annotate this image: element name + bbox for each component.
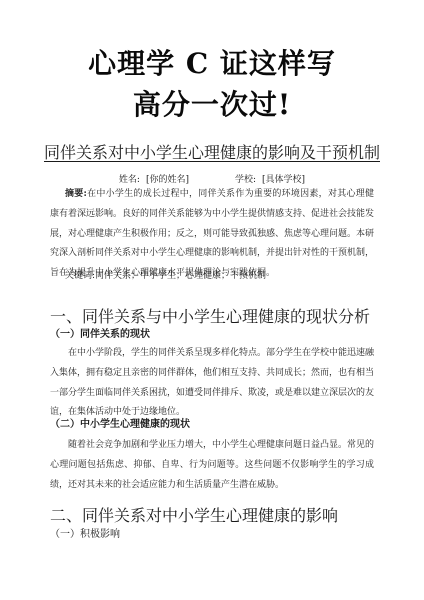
subsection-2-1-heading: （一）积极影响: [50, 527, 120, 543]
name-value: [你的姓名]: [146, 175, 189, 185]
keywords: 关键词:同伴关系；中小学生；心理健康；干预机制: [50, 267, 374, 287]
abstract-label: 摘要:: [65, 189, 87, 199]
subsection-1-1-heading: （一）同伴关系的现状: [50, 327, 150, 343]
name-label: 姓名:: [119, 175, 140, 185]
subsection-1-2-heading: （二）中小学生心理健康的现状: [50, 417, 190, 433]
document-title: 同伴关系对中小学生心理健康的影响及干预机制: [0, 142, 424, 164]
section-1-heading: 一、同伴关系与中小学生心理健康的现状分析: [50, 306, 370, 328]
abstract-text: 在中小学生的成长过程中，同伴关系作为重要的环境因素，对其心理健康有着深远影响。良…: [50, 189, 374, 278]
section-2-heading: 二、同伴关系对中小学生心理健康的影响: [50, 505, 338, 527]
school-value: [具体学校]: [262, 175, 305, 185]
subsection-1-1-text: 在中小学阶段，学生的同伴关系呈现多样化特点。部分学生在学校中能迅速融入集体，拥有…: [50, 344, 374, 423]
promo-line-2: 高分一次过!: [0, 88, 424, 122]
promo-line-1: 心理学 C 证这样写: [0, 47, 424, 81]
keywords-label: 关键词:: [65, 271, 95, 281]
subsection-1-2-text: 随着社会竞争加剧和学业压力增大，中小学生心理健康问题日益凸显。常见的心理问题包括…: [50, 436, 374, 495]
keywords-text: 同伴关系；中小学生；心理健康；干预机制: [95, 271, 266, 281]
school-label: 学校:: [235, 175, 256, 185]
